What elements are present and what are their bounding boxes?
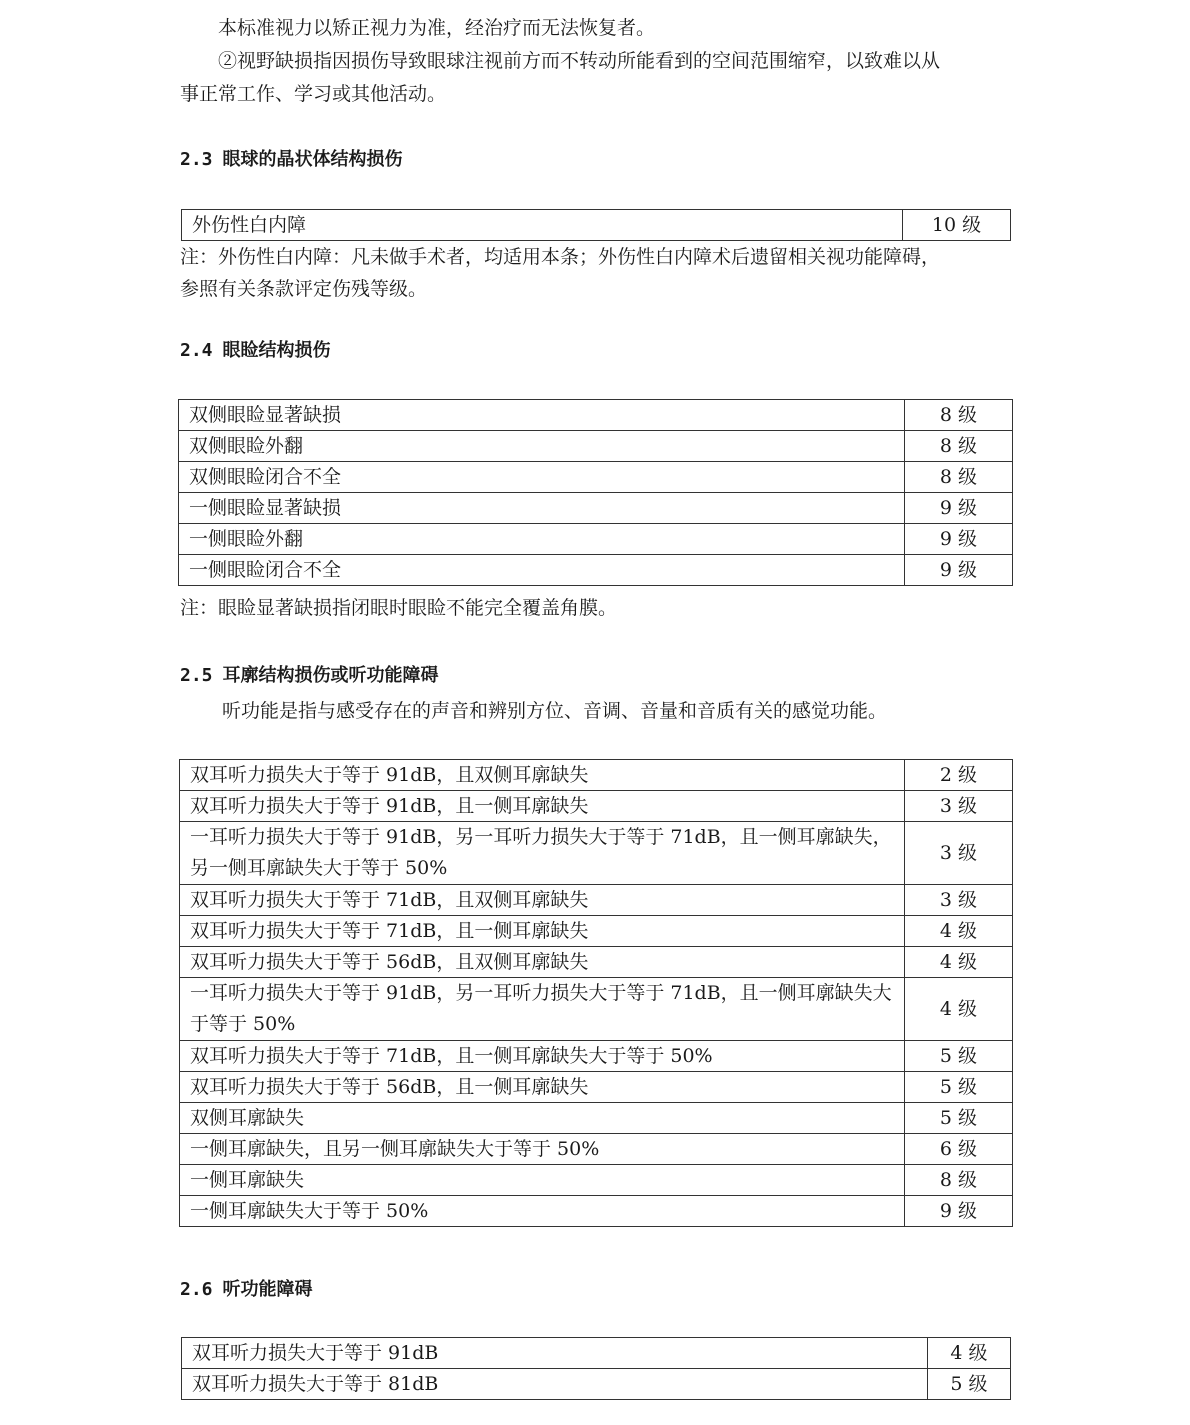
table-row: 双耳听力损失大于等于 56dB，且一侧耳廓缺失5 级 bbox=[180, 1072, 1013, 1103]
table-row: 一侧耳廓缺失，且另一侧耳廓缺失大于等于 50%6 级 bbox=[180, 1134, 1013, 1165]
row-description: 一耳听力损失大于等于 91dB，另一耳听力损失大于等于 71dB，且一侧耳廓缺失… bbox=[180, 978, 905, 1041]
section-number: 2.5 bbox=[180, 665, 213, 686]
row-description: 双耳听力损失大于等于 91dB，且一侧耳廓缺失 bbox=[180, 791, 905, 822]
row-description: 双耳听力损失大于等于 81dB bbox=[182, 1369, 928, 1400]
section-number: 2.4 bbox=[180, 340, 213, 361]
section-2-5-intro: 听功能是指与感受存在的声音和辨别方位、音调、音量和音质有关的感觉功能。 bbox=[222, 695, 1057, 727]
row-level: 4 级 bbox=[905, 916, 1013, 947]
row-description: 外伤性白内障 bbox=[182, 210, 903, 241]
row-level: 9 级 bbox=[905, 1196, 1013, 1227]
row-level: 5 级 bbox=[905, 1103, 1013, 1134]
row-level: 2 级 bbox=[905, 760, 1013, 791]
row-level: 4 级 bbox=[905, 947, 1013, 978]
table-row: 一侧耳廓缺失8 级 bbox=[180, 1165, 1013, 1196]
row-level: 3 级 bbox=[905, 822, 1013, 885]
row-level: 3 级 bbox=[905, 885, 1013, 916]
table-row: 一耳听力损失大于等于 91dB，另一耳听力损失大于等于 71dB，且一侧耳廓缺失… bbox=[180, 978, 1013, 1041]
section-title: 听功能障碍 bbox=[223, 1279, 313, 1300]
table-row: 一侧耳廓缺失大于等于 50%9 级 bbox=[180, 1196, 1013, 1227]
table-row: 双耳听力损失大于等于 71dB，且双侧耳廓缺失3 级 bbox=[180, 885, 1013, 916]
row-description: 一侧耳廓缺失，且另一侧耳廓缺失大于等于 50% bbox=[180, 1134, 905, 1165]
note-2-3-line-2: 参照有关条款评定伤残等级。 bbox=[180, 273, 1020, 305]
table-row: 一耳听力损失大于等于 91dB，另一耳听力损失大于等于 71dB，且一侧耳廓缺失… bbox=[180, 822, 1013, 885]
row-description: 一侧耳廓缺失大于等于 50% bbox=[180, 1196, 905, 1227]
row-description: 一耳听力损失大于等于 91dB，另一耳听力损失大于等于 71dB，且一侧耳廓缺失… bbox=[180, 822, 905, 885]
row-description: 双耳听力损失大于等于 71dB，且一侧耳廓缺失大于等于 50% bbox=[180, 1041, 905, 1072]
table-row: 双侧耳廓缺失5 级 bbox=[180, 1103, 1013, 1134]
row-level: 9 级 bbox=[905, 493, 1013, 524]
row-description: 双耳听力损失大于等于 71dB，且一侧耳廓缺失 bbox=[180, 916, 905, 947]
table-row: 双耳听力损失大于等于 91dB4 级 bbox=[182, 1338, 1011, 1369]
intro-line-2: ②视野缺损指因损伤导致眼球注视前方而不转动所能看到的空间范围缩窄，以致难以从 bbox=[218, 45, 1053, 77]
row-level: 3 级 bbox=[905, 791, 1013, 822]
row-level: 4 级 bbox=[905, 978, 1013, 1041]
section-number: 2.6 bbox=[180, 1279, 213, 1300]
section-heading-2-4: 2.4眼睑结构损伤 bbox=[180, 339, 331, 363]
row-level: 8 级 bbox=[905, 431, 1013, 462]
section-number: 2.3 bbox=[180, 149, 213, 170]
row-description: 一侧眼睑外翻 bbox=[179, 524, 905, 555]
row-level: 9 级 bbox=[905, 524, 1013, 555]
row-description: 双侧眼睑闭合不全 bbox=[179, 462, 905, 493]
grade-table-2-6: 双耳听力损失大于等于 91dB4 级 双耳听力损失大于等于 81dB5 级 bbox=[181, 1337, 1011, 1400]
row-description: 双耳听力损失大于等于 56dB，且双侧耳廓缺失 bbox=[180, 947, 905, 978]
table-row: 双侧眼睑闭合不全8 级 bbox=[179, 462, 1013, 493]
table-row: 双侧眼睑外翻8 级 bbox=[179, 431, 1013, 462]
row-description: 一侧耳廓缺失 bbox=[180, 1165, 905, 1196]
row-level: 5 级 bbox=[905, 1041, 1013, 1072]
note-2-4: 注：眼睑显著缺损指闭眼时眼睑不能完全覆盖角膜。 bbox=[180, 592, 1020, 624]
table-row: 一侧眼睑外翻9 级 bbox=[179, 524, 1013, 555]
table-row: 双耳听力损失大于等于 91dB，且一侧耳廓缺失3 级 bbox=[180, 791, 1013, 822]
grade-table-2-5: 双耳听力损失大于等于 91dB，且双侧耳廓缺失2 级 双耳听力损失大于等于 91… bbox=[179, 759, 1013, 1227]
row-level: 4 级 bbox=[928, 1338, 1011, 1369]
section-heading-2-5: 2.5耳廓结构损伤或听功能障碍 bbox=[180, 664, 439, 688]
table-row: 双耳听力损失大于等于 71dB，且一侧耳廓缺失4 级 bbox=[180, 916, 1013, 947]
row-description: 双耳听力损失大于等于 91dB，且双侧耳廓缺失 bbox=[180, 760, 905, 791]
row-level: 10 级 bbox=[903, 210, 1011, 241]
table-row: 双耳听力损失大于等于 81dB5 级 bbox=[182, 1369, 1011, 1400]
row-description: 双侧眼睑外翻 bbox=[179, 431, 905, 462]
intro-line-3: 事正常工作、学习或其他活动。 bbox=[180, 78, 1015, 110]
row-level: 9 级 bbox=[905, 555, 1013, 586]
table-row: 一侧眼睑闭合不全9 级 bbox=[179, 555, 1013, 586]
row-level: 6 级 bbox=[905, 1134, 1013, 1165]
row-description: 一侧眼睑显著缺损 bbox=[179, 493, 905, 524]
table-row: 双侧眼睑显著缺损8 级 bbox=[179, 400, 1013, 431]
row-description: 双耳听力损失大于等于 56dB，且一侧耳廓缺失 bbox=[180, 1072, 905, 1103]
row-description: 一侧眼睑闭合不全 bbox=[179, 555, 905, 586]
row-level: 8 级 bbox=[905, 462, 1013, 493]
row-description: 双侧眼睑显著缺损 bbox=[179, 400, 905, 431]
row-level: 8 级 bbox=[905, 400, 1013, 431]
section-title: 眼睑结构损伤 bbox=[223, 340, 331, 361]
row-level: 5 级 bbox=[905, 1072, 1013, 1103]
section-title: 眼球的晶状体结构损伤 bbox=[223, 149, 403, 170]
table-row: 双耳听力损失大于等于 56dB，且双侧耳廓缺失4 级 bbox=[180, 947, 1013, 978]
intro-line-1: 本标准视力以矫正视力为准，经治疗而无法恢复者。 bbox=[218, 12, 1053, 44]
table-row: 双耳听力损失大于等于 71dB，且一侧耳廓缺失大于等于 50%5 级 bbox=[180, 1041, 1013, 1072]
section-heading-2-6: 2.6听功能障碍 bbox=[180, 1278, 313, 1302]
row-description: 双耳听力损失大于等于 91dB bbox=[182, 1338, 928, 1369]
row-level: 5 级 bbox=[928, 1369, 1011, 1400]
table-row: 一侧眼睑显著缺损9 级 bbox=[179, 493, 1013, 524]
row-description: 双侧耳廓缺失 bbox=[180, 1103, 905, 1134]
row-description: 双耳听力损失大于等于 71dB，且双侧耳廓缺失 bbox=[180, 885, 905, 916]
section-title: 耳廓结构损伤或听功能障碍 bbox=[223, 665, 439, 686]
note-2-3-line-1: 注：外伤性白内障：凡未做手术者，均适用本条；外伤性白内障术后遗留相关视功能障碍， bbox=[180, 241, 1020, 273]
row-level: 8 级 bbox=[905, 1165, 1013, 1196]
section-heading-2-3: 2.3眼球的晶状体结构损伤 bbox=[180, 148, 403, 172]
table-row: 双耳听力损失大于等于 91dB，且双侧耳廓缺失2 级 bbox=[180, 760, 1013, 791]
grade-table-2-4: 双侧眼睑显著缺损8 级 双侧眼睑外翻8 级 双侧眼睑闭合不全8 级 一侧眼睑显著… bbox=[178, 399, 1013, 586]
table-row: 外伤性白内障 10 级 bbox=[182, 210, 1011, 241]
grade-table-2-3: 外伤性白内障 10 级 bbox=[181, 209, 1011, 241]
